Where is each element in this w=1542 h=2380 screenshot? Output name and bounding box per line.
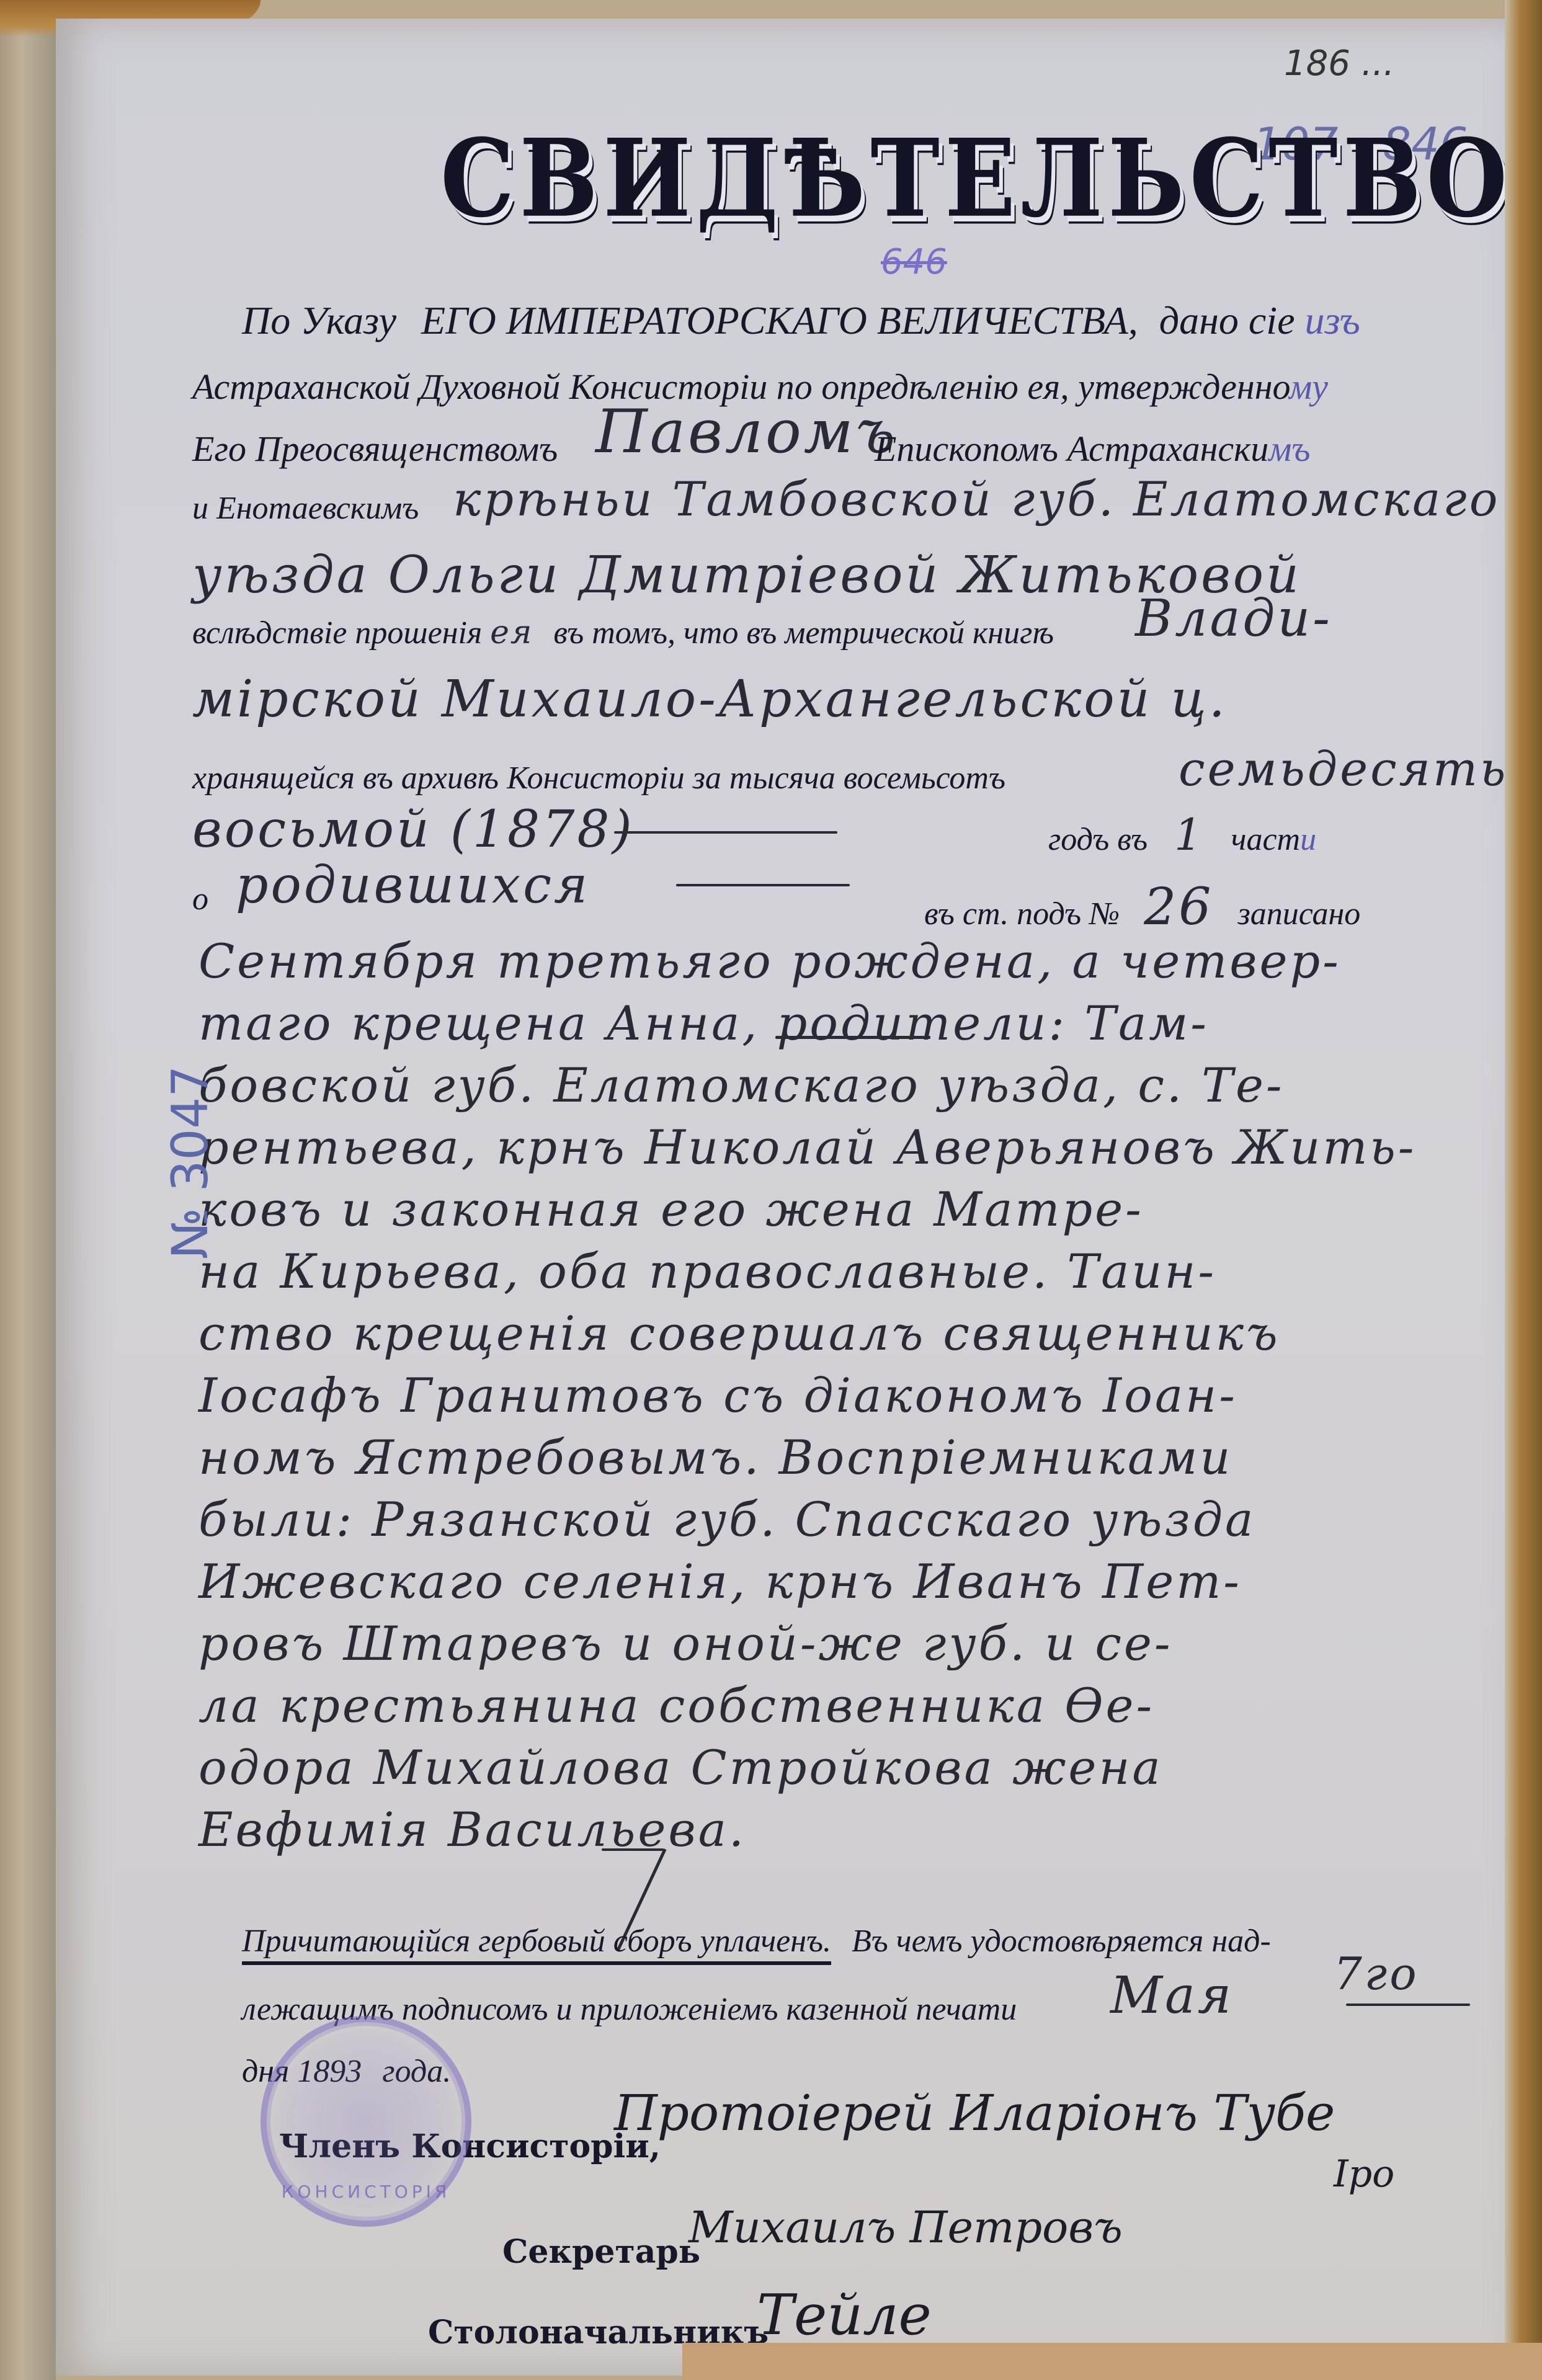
under-title-mark: 646 xyxy=(881,242,947,282)
record-line: таго крещена Анна, родители: Там- xyxy=(198,992,1417,1054)
printed-line-3b: Епископомъ Астраханскимъ xyxy=(875,428,1310,470)
petition-pronoun-handwritten: ея xyxy=(490,614,533,651)
stamp-duty-paid-text: Причитающійся гербовый сборъ уплаченъ. xyxy=(242,1923,831,1959)
closing-dash xyxy=(602,1848,664,1851)
record-line: Евфимія Васильева. xyxy=(198,1799,1417,1861)
church-handwritten-b: мірской Михаило-Архангельской ц. xyxy=(192,670,1228,729)
record-line: одора Михайлова Стройкова жена xyxy=(198,1737,1417,1799)
record-line: ла крестьянина собственника Ѳе- xyxy=(198,1675,1417,1737)
record-line: бовской губ. Елатомскаго уѣзда, с. Те- xyxy=(198,1054,1417,1116)
printed-line-1: По Указу ЕГО ИМПЕРАТОРСКАГО ВЕЛИЧЕСТВА, … xyxy=(242,298,1360,344)
eminence-text: Его Преосвященствомъ xyxy=(192,429,558,469)
clerk-signature: Тейле xyxy=(757,2283,932,2348)
printed-line-10: въ ст. подъ № 26 записано xyxy=(924,878,1360,937)
certified-text: Въ чемъ удостовѣряется над- xyxy=(852,1923,1271,1959)
consistory-seal: КОНСИСТОРІЯ xyxy=(261,2016,471,2227)
stamp-suffix-1: изъ xyxy=(1304,298,1360,342)
year-words-handwritten-b: восьмой (1878) xyxy=(192,800,635,859)
record-line: на Кирьева, оба православные. Таин- xyxy=(198,1241,1417,1303)
book-binding xyxy=(0,0,56,2380)
record-line: рентьева, крнъ Николай Аверьяновъ Жить- xyxy=(198,1116,1417,1179)
entry-number-handwritten: 26 xyxy=(1144,878,1213,937)
record-line: ство крещенія совершалъ священникъ xyxy=(198,1303,1417,1365)
church-handwritten-a: Влади- xyxy=(1135,589,1332,648)
part-number-handwritten: 1 xyxy=(1174,809,1205,860)
secretary-label: Секретарь xyxy=(502,2233,700,2271)
issue-day-handwritten: 7го xyxy=(1334,1948,1419,2000)
record-body: Сентября третьяго рождена, а четвер- таг… xyxy=(198,930,1417,1861)
enotaevsk-text: и Енотаевскимъ xyxy=(192,490,419,527)
certificate-page: 186 ... 107 - 846 СВИДѢТЕЛЬСТВО. 646 По … xyxy=(56,19,1505,2376)
date-line xyxy=(1346,2003,1470,2006)
imperial-majesty-text: ЕГО ИМПЕРАТОРСКАГО ВЕЛИЧЕСТВА, xyxy=(421,298,1138,342)
recorded-text: записано xyxy=(1237,896,1360,932)
secretary-signature: Михаилъ Петровъ xyxy=(689,2202,1123,2253)
about-text: о xyxy=(192,881,208,917)
member-signature: Протоіерей Иларіонъ Тубе xyxy=(614,2084,1335,2142)
seal-text: КОНСИСТОРІЯ xyxy=(267,2182,465,2202)
part-text: част xyxy=(1231,822,1300,857)
bottom-page-strip xyxy=(682,2343,1542,2380)
entry-label-text: въ ст. подъ № xyxy=(924,896,1120,932)
given-text: дано сіе xyxy=(1159,298,1295,342)
page-right-edge xyxy=(1505,0,1542,2380)
year-part-text: годъ въ xyxy=(1048,822,1148,857)
category-handwritten: родившихся xyxy=(236,856,590,915)
document-title: СВИДѢТЕЛЬСТВО. xyxy=(440,116,1210,241)
record-line: Ижевскаго селенія, крнъ Иванъ Пет- xyxy=(198,1551,1417,1613)
printed-line-3: Его Преосвященствомъ xyxy=(192,428,558,470)
record-line: были: Рязанской губ. Спасскаго уѣзда xyxy=(198,1489,1417,1551)
record-line: номъ Ястребовымъ. Воспріемниками xyxy=(198,1427,1417,1489)
archive-mark-line1: 186 ... xyxy=(1284,43,1394,84)
printed-closing-1: Причитающійся гербовый сборъ уплаченъ. В… xyxy=(242,1923,1271,1959)
record-line: ковъ и законная его жена Матре- xyxy=(198,1179,1417,1241)
printed-line-6: вслѣдствіе прошенія ея въ томъ, что въ м… xyxy=(192,614,1054,651)
stamp-suffix-2: му xyxy=(1289,367,1328,407)
stamp-suffix-4: и xyxy=(1300,822,1316,857)
bishop-name-handwritten: Павломъ xyxy=(595,397,898,466)
bishop-title-text: Епископомъ Астрахански xyxy=(875,429,1268,469)
petitioner-origin-handwritten: крѣньи Тамбовской губ. Елатомскаго xyxy=(453,471,1500,527)
petition-text: вслѣдствіе прошенія xyxy=(192,615,482,651)
record-line: ровъ Штаревъ и оной-же губ. и се- xyxy=(198,1613,1417,1675)
metric-book-text: въ томъ, что въ метрической книгѣ xyxy=(553,615,1054,651)
stamp-suffix-3: мъ xyxy=(1268,429,1310,469)
record-line: Іосафъ Гранитовъ съ діакономъ Іоан- xyxy=(198,1365,1417,1427)
archive-text: хранящейся въ архивѣ Консисторіи за тыся… xyxy=(192,760,1005,796)
printed-line-9: годъ въ 1 части xyxy=(1048,809,1316,860)
fill-line-2 xyxy=(676,884,850,886)
issue-month-handwritten: Мая xyxy=(1110,1966,1234,2025)
member-signature-note: Ipo xyxy=(1334,2152,1394,2196)
fill-line-1 xyxy=(614,831,837,834)
year-words-handwritten-a: семьдесять xyxy=(1179,741,1508,796)
margin-inventory-number: № 3047 xyxy=(161,1066,219,1259)
record-line: Сентября третьяго рождена, а четвер- xyxy=(198,930,1417,992)
child-name-underline xyxy=(775,1036,930,1039)
by-decree-text: По Указу xyxy=(242,298,396,342)
